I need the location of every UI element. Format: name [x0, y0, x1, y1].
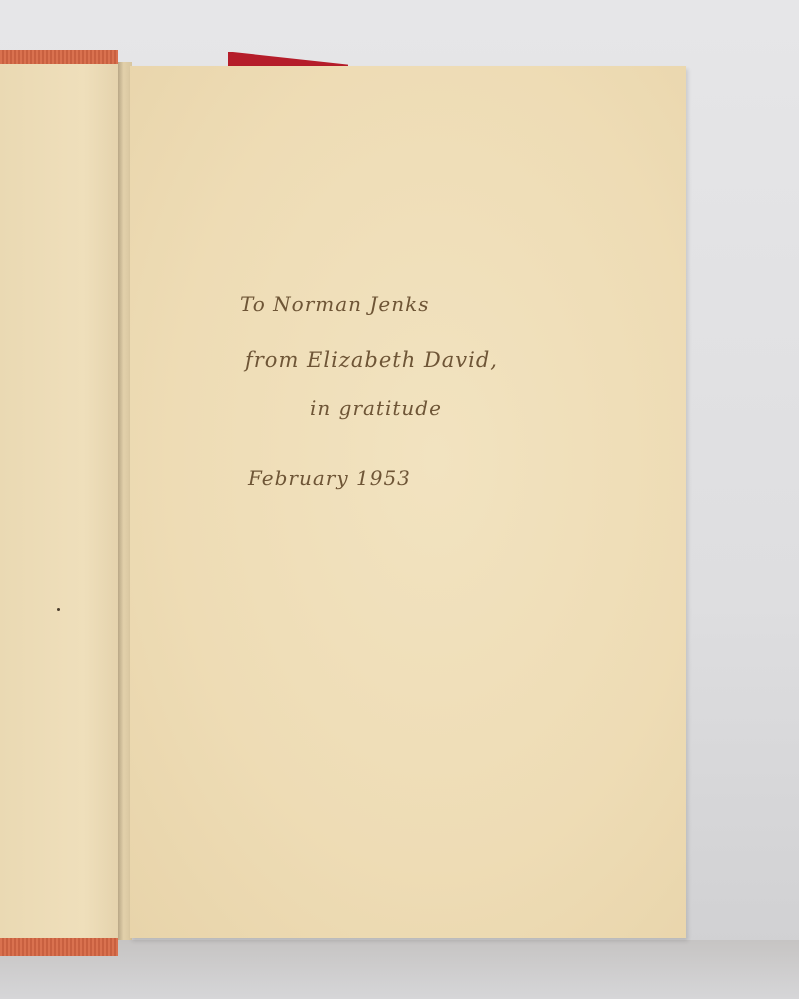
table-shadow: [0, 940, 799, 999]
inscription-line-1: To Norman Jenks: [240, 292, 430, 316]
red-ribbon-marker: [228, 52, 348, 66]
paper-speck: [57, 608, 60, 611]
inscription-line-2: from Elizabeth David,: [245, 348, 498, 372]
inscription-date: February 1953: [248, 466, 411, 490]
left-endpaper: [0, 64, 120, 938]
inscription-line-3: in gratitude: [310, 396, 442, 420]
inscribed-page: To Norman Jenks from Elizabeth David, in…: [130, 66, 686, 938]
